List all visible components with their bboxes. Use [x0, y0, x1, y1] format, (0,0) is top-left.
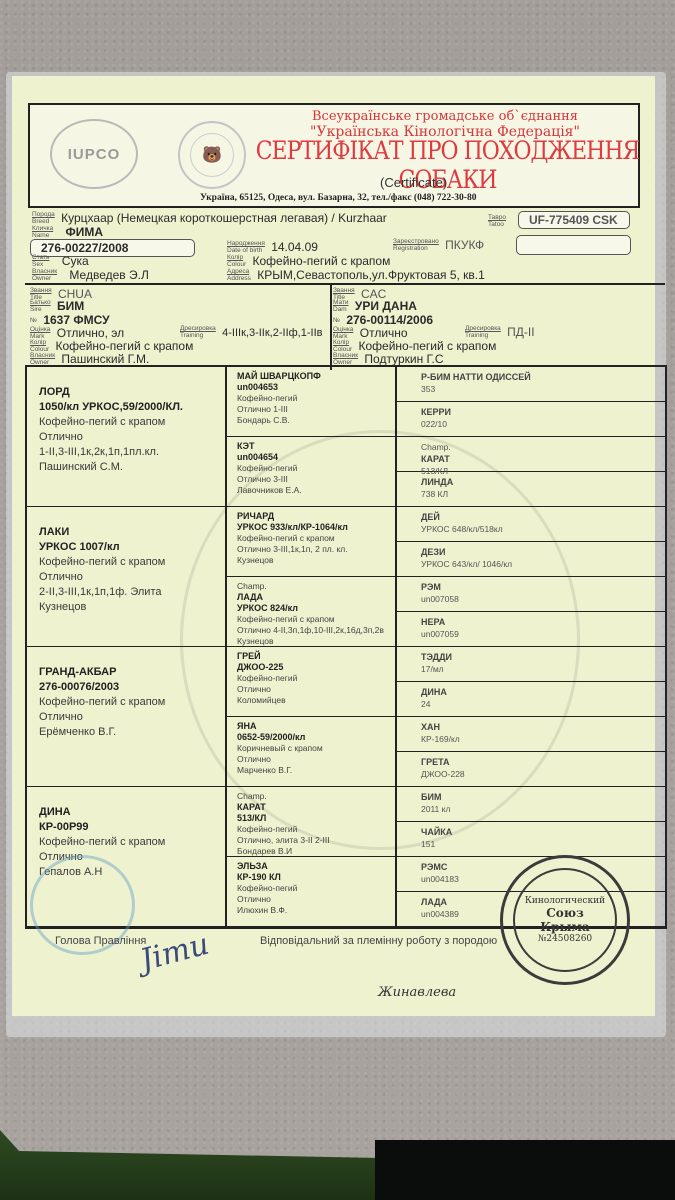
ancestor-name: ГРЕЙ [237, 651, 395, 662]
sex-field: СтатьSex Сука [32, 254, 89, 268]
org-address: Україна, 65125, Одеса, вул. Базарна, 32,… [200, 193, 640, 203]
ancestor-name: КЕРРИ [421, 406, 667, 418]
ancestor-owner: Пашинский С.М. [39, 460, 225, 475]
dam-training-field: ДресировкаTraining ПД-II [465, 325, 535, 339]
ancestor-gen2: КЭТun004654Кофейно-пегийОтлично 3-IIIЛав… [227, 437, 397, 507]
ancestor-reg: 513/КЛ [237, 813, 395, 824]
ancestor-titles: 2-II,3-III,1к,1п,1ф. Элита [39, 585, 225, 600]
dam-colour: Кофейно-пегий с крапом [359, 339, 497, 353]
ancestor-titles: 1-II,3-III,1к,2к,1п,1пл.кл. [39, 445, 225, 460]
ancestor-gen1: ЛОРД1050/кл УРКОС,59/2000/КЛ.Кофейно-пег… [27, 367, 227, 507]
registration-value: ПКУКФ [445, 238, 484, 252]
ancestor-mark: Отлично 1-III [237, 404, 395, 415]
ancestor-reg: 1050/кл УРКОС,59/2000/КЛ. [39, 400, 225, 415]
ancestor-reg: УРКОС 933/кл/КР-1064/кл [237, 522, 395, 533]
ukf-logo: 🐻 [178, 121, 246, 189]
org-name-line1: Всеукраїнське громадське об`єднання [275, 109, 615, 124]
colour-label: КолірColour [227, 255, 246, 268]
sire-number: 1637 ФМСУ [43, 313, 109, 327]
registration-field: ЗареєстрованоRegistration ПКУКФ [393, 238, 484, 252]
ancestor-gen3: ДЕЙУРКОС 648/кл/518кл [397, 507, 667, 542]
ancestor-owner: Бондарев В.И [237, 846, 395, 857]
ancestor-reg: un004653 [237, 382, 395, 393]
ancestor-reg: УРКОС 643/кл/ 1046/кл [421, 558, 667, 570]
sire-owner: Пашинский Г.М. [61, 352, 149, 366]
ancestor-gen2: ЯНА0652-59/2000/клКоричневый с крапомОтл… [227, 717, 397, 787]
dog-name: ФИМА [66, 225, 104, 239]
tattoo-field: ТавроTatoo [488, 214, 509, 228]
breed-value: Курцхаар (Немецкая короткошерстная легав… [61, 211, 387, 225]
ancestor-gen2: МАЙ ШВАРЦКОПФun004653Кофейно-пегийОтличн… [227, 367, 397, 437]
sire-mark: Отлично, эл [57, 326, 124, 340]
ancestor-gen1: ЛАКИУРКОС 1007/клКофейно-пегий с крапомО… [27, 507, 227, 647]
ancestor-owner: Бондарь С.В. [237, 415, 395, 426]
pedigree-tree: ЛОРД1050/кл УРКОС,59/2000/КЛ.Кофейно-пег… [25, 365, 667, 929]
certificate-title: СЕРТИФІКАТ ПРО ПОХОДЖЕННЯ СОБАКИ [255, 137, 640, 195]
dam-number: 276-00114/2006 [346, 313, 433, 327]
dam-name-field: МатиDam УРИ ДАНА [333, 299, 417, 313]
sire-colour: Кофейно-пегий с крапом [56, 339, 194, 353]
colour-value: Кофейно-пегий с крапом [253, 254, 391, 268]
ancestor-name: ХАН [421, 721, 667, 733]
ancestor-reg: КР-190 КЛ [237, 872, 395, 883]
ancestor-owner: Коломийцев [237, 695, 395, 706]
ancestor-gen2: ЭЛЬЗАКР-190 КЛКофейно-пегийОтличноИлюхин… [227, 857, 397, 927]
sire-training-field: ДресировкаTraining 4-IIIк,3-IIк,2-IIф,1-… [180, 325, 322, 339]
ancestor-mark: Отлично [39, 710, 225, 725]
ancestor-gen2: Champ.КАРАТ513/КЛКофейно-пегийОтлично, э… [227, 787, 397, 857]
sire-training-label: ДресировкаTraining [180, 326, 216, 339]
address-label: АдресаAddress [227, 269, 251, 282]
ancestor-mark: Отлично [237, 684, 395, 695]
ancestor-gen3: ГРЕТАДЖОО-228 [397, 752, 667, 787]
sire-name-field: БатькоSire БИМ [30, 299, 84, 313]
ancestor-gen3: РЭМun007058 [397, 577, 667, 612]
background-shadow [375, 1140, 675, 1200]
dam-owner: Подтуркин Г.С [364, 352, 443, 366]
ancestor-colour: Кофейно-пегий с крапом [237, 614, 395, 625]
sex-label: СтатьSex [32, 255, 49, 268]
chairman-label: Голова Правління [55, 935, 146, 947]
sire-label: БатькоSire [30, 300, 51, 313]
ancestor-mark: Отлично [237, 754, 395, 765]
owner-field: ВласникOwner Медведев Э.Л [32, 268, 149, 282]
ancestor-reg: 738 КЛ [421, 488, 667, 500]
name-label: КличкаName [32, 226, 53, 239]
ancestor-reg: УРКОС 648/кл/518кл [421, 523, 667, 535]
ancestor-name: ГРАНД-АКБАР [39, 665, 225, 680]
name-field: КличкаName ФИМА [32, 225, 103, 239]
responsible-signature: Жинавлева [378, 985, 456, 1000]
ancestor-gen3: БИМ2011 кл [397, 787, 667, 822]
tattoo-value: UF-775409 CSK [518, 211, 630, 229]
dam-training: ПД-II [507, 325, 534, 339]
registration-label: ЗареєстрованоRegistration [393, 239, 439, 252]
ancestor-prefix: Champ. [237, 791, 395, 802]
ancestor-gen2: Champ.ЛАДАУРКОС 824/клКофейно-пегий с кр… [227, 577, 397, 647]
ancestor-gen3: ЧАЙКА151 [397, 822, 667, 857]
certificate-subtitle: (Certificate) [380, 175, 447, 190]
ancestor-name: ЭЛЬЗА [237, 861, 395, 872]
ancestor-mark: Отлично 3-III,1к,1п, 2 пл. кл. [237, 544, 395, 555]
registration-box [516, 235, 631, 255]
ancestor-name: Р-БИМ НАТТИ ОДИССЕЙ [421, 371, 667, 383]
ancestor-colour: Кофейно-пегий [237, 824, 395, 835]
ancestor-owner: Илюхин В.Ф. [237, 905, 395, 916]
ancestor-gen3: ТЭДДИ17/мл [397, 647, 667, 682]
ancestor-reg: 353 [421, 383, 667, 395]
ancestor-mark: Отлично [237, 894, 395, 905]
ancestor-gen3: Р-БИМ НАТТИ ОДИССЕЙ353 [397, 367, 667, 402]
dob-value: 14.04.09 [271, 240, 318, 254]
address-value: КРЫМ,Севастополь,ул.Фруктовая 5, кв.1 [257, 268, 485, 282]
ancestor-mark: Отлично [39, 430, 225, 445]
ancestor-gen2: ГРЕЙДЖОО-225Кофейно-пегийОтличноКоломийц… [227, 647, 397, 717]
ancestor-gen3: Champ.КАРАТ513/КЛ [397, 437, 667, 472]
ancestor-name: ДИНА [39, 805, 225, 820]
dam-label: МатиDam [333, 300, 349, 313]
owner-value: Медведев Э.Л [69, 268, 148, 282]
ancestor-colour: Кофейно-пегий с крапом [39, 835, 225, 850]
ancestor-colour: Кофейно-пегий [237, 673, 395, 684]
dam-number-label: № [333, 318, 340, 325]
ancestor-reg: 24 [421, 698, 667, 710]
ancestor-name: ЯНА [237, 721, 395, 732]
sire-number-field: № 1637 ФМСУ [30, 313, 110, 327]
ancestor-name: КАРАТ [421, 453, 667, 465]
ancestor-reg: КР-169/кл [421, 733, 667, 745]
sex-value: Сука [62, 254, 89, 268]
breed-field: ПородаBreed Курцхаар (Немецкая короткоше… [32, 211, 387, 225]
iupco-logo: IUPCO [50, 119, 138, 189]
ancestor-gen2: РИЧАРДУРКОС 933/кл/КР-1064/клКофейно-пег… [227, 507, 397, 577]
ancestor-colour: Кофейно-пегий с крапом [39, 415, 225, 430]
ancestor-reg: 0652-59/2000/кл [237, 732, 395, 743]
ancestor-colour: Кофейно-пегий [237, 883, 395, 894]
tattoo-label: ТавроTatoo [488, 215, 506, 228]
sire-training: 4-IIIк,3-IIк,2-IIф,1-IIв [222, 327, 322, 339]
ancestor-owner: Ерёмченко В.Г. [39, 725, 225, 740]
ancestor-reg: 17/мл [421, 663, 667, 675]
ancestor-colour: Кофейно-пегий [237, 393, 395, 404]
ancestor-name: БИМ [421, 791, 667, 803]
dam-training-label: ДресировкаTraining [465, 326, 501, 339]
sire-name: БИМ [57, 299, 84, 313]
ancestor-reg: ДЖОО-225 [237, 662, 395, 673]
ancestor-reg: 276-00076/2003 [39, 680, 225, 695]
ancestor-prefix: Champ. [237, 581, 395, 592]
ancestor-reg: УРКОС 824/кл [237, 603, 395, 614]
ancestor-gen3: КЕРРИ022/10 [397, 402, 667, 437]
ancestor-colour: Коричневый с крапом [237, 743, 395, 754]
ancestor-reg: un004654 [237, 452, 395, 463]
address-field: АдресаAddress КРЫМ,Севастополь,ул.Фрукто… [227, 268, 485, 282]
ancestor-colour: Кофейно-пегий с крапом [237, 533, 395, 544]
ancestor-name: ГРЕТА [421, 756, 667, 768]
ancestor-owner: Кузнецов [39, 600, 225, 615]
dam-number-field: № 276-00114/2006 [333, 313, 433, 327]
ancestor-name: КЭТ [237, 441, 395, 452]
ancestor-gen3: ЛИНДА738 КЛ [397, 472, 667, 507]
ancestor-gen3: ДЕЗИУРКОС 643/кл/ 1046/кл [397, 542, 667, 577]
dob-field: НародженняDate of birth 14.04.09 [227, 240, 318, 254]
breed-label: ПородаBreed [32, 212, 55, 225]
ancestor-colour: Кофейно-пегий с крапом [39, 555, 225, 570]
ancestor-name: КАРАТ [237, 802, 395, 813]
ancestor-colour: Кофейно-пегий с крапом [39, 695, 225, 710]
ancestor-name: МАЙ ШВАРЦКОПФ [237, 371, 395, 382]
bear-emblem-icon: 🐻 [190, 133, 234, 177]
ancestor-gen3: НЕРАun007059 [397, 612, 667, 647]
ancestor-owner: Кузнецов [237, 555, 395, 566]
ancestor-reg: УРКОС 1007/кл [39, 540, 225, 555]
ancestor-name: ЛОРД [39, 385, 225, 400]
ancestor-reg: un007058 [421, 593, 667, 605]
dob-label: НародженняDate of birth [227, 241, 265, 254]
responsible-label: Відповідальний за племінну роботу з поро… [260, 935, 497, 947]
ancestor-reg: КР-00Р99 [39, 820, 225, 835]
certificate-header: IUPCO 🐻 Всеукраїнське громадське об`єдна… [28, 103, 640, 208]
ancestor-reg: ДЖОО-228 [421, 768, 667, 780]
ancestor-prefix: Champ. [421, 441, 667, 453]
ancestor-mark: Отлично 3-III [237, 474, 395, 485]
ancestor-mark: Отлично 4-II,3п,1ф,10-III,2к,16д,3п,2в [237, 625, 395, 636]
club-stamp: Кинологический Союз Крыма №24508260 [500, 855, 630, 985]
ancestor-mark: Отлично [39, 570, 225, 585]
ancestor-reg: 2011 кл [421, 803, 667, 815]
ancestor-name: РИЧАРД [237, 511, 395, 522]
owner-label: ВласникOwner [32, 269, 57, 282]
ancestor-owner: Кузнецов [237, 636, 395, 647]
dam-name: УРИ ДАНА [355, 299, 417, 313]
stamp-ring [513, 868, 617, 972]
ancestor-gen3: ДИНА24 [397, 682, 667, 717]
ancestor-name: ДЕЙ [421, 511, 667, 523]
ancestor-name: ДЕЗИ [421, 546, 667, 558]
ancestor-name: ДИНА [421, 686, 667, 698]
ancestor-reg: 151 [421, 838, 667, 850]
ancestor-gen1: ГРАНД-АКБАР276-00076/2003Кофейно-пегий с… [27, 647, 227, 787]
sire-number-label: № [30, 318, 37, 325]
ancestor-name: ЛАКИ [39, 525, 225, 540]
ancestor-name: ЛИНДА [421, 476, 667, 488]
ancestor-name: ТЭДДИ [421, 651, 667, 663]
ancestor-name: НЕРА [421, 616, 667, 628]
ancestor-name: РЭМ [421, 581, 667, 593]
ancestor-colour: Кофейно-пегий [237, 463, 395, 474]
parents-divider [330, 285, 332, 370]
ancestor-mark: Отлично, элита 3-II 2-III [237, 835, 395, 846]
ancestor-gen3: ХАНКР-169/кл [397, 717, 667, 752]
ancestor-reg: 022/10 [421, 418, 667, 430]
ancestor-owner: Марченко В.Г. [237, 765, 395, 776]
ancestor-owner: Лавочников Е.А. [237, 485, 395, 496]
colour-field: КолірColour Кофейно-пегий с крапом [227, 254, 390, 268]
dam-mark: Отлично [360, 326, 408, 340]
ancestor-name: ЛАДА [237, 592, 395, 603]
ancestor-name: ЧАЙКА [421, 826, 667, 838]
ancestor-reg: un007059 [421, 628, 667, 640]
